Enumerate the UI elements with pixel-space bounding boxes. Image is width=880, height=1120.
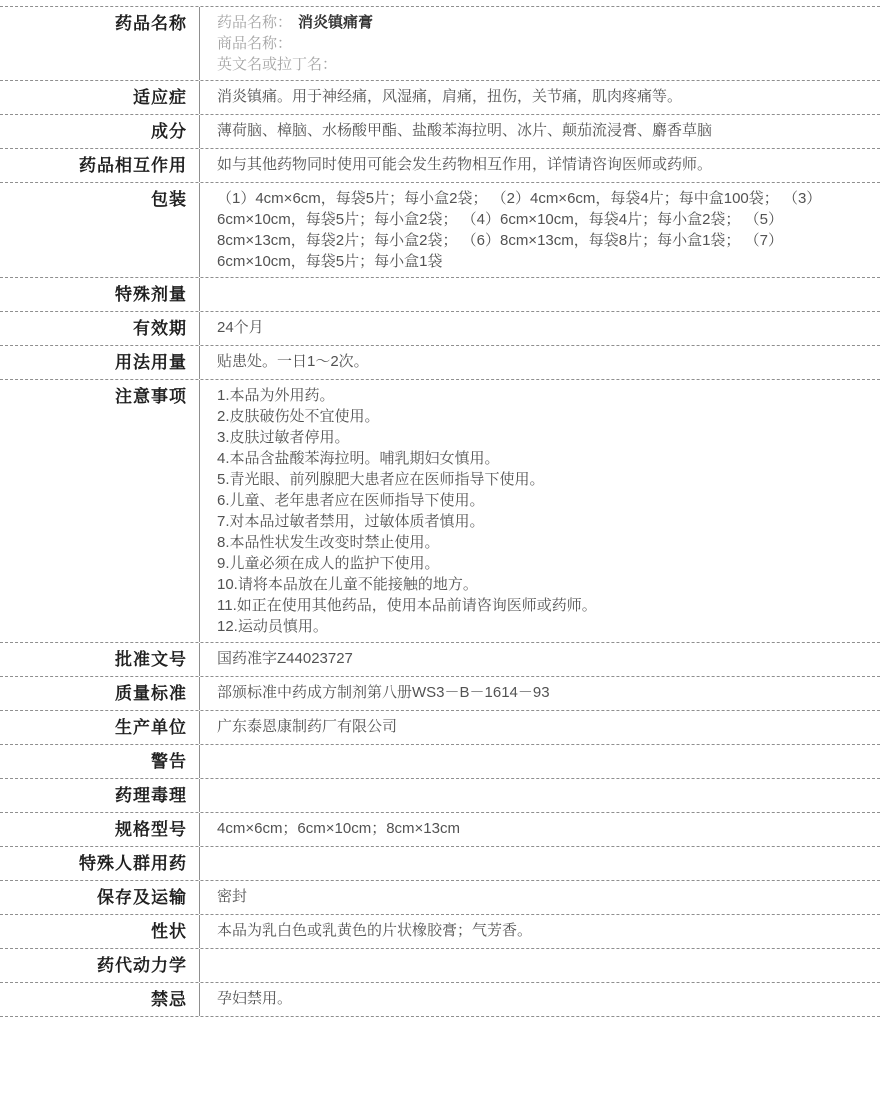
row-label-cell: 禁忌 — [0, 983, 200, 1016]
row-label-cell: 用法用量 — [0, 346, 200, 379]
field-text: 密封 — [217, 888, 247, 905]
content-line: 10.请将本品放在儿童不能接触的地方。 — [217, 574, 858, 595]
row-label-cell: 有效期 — [0, 312, 200, 345]
row-label: 规格型号 — [115, 820, 187, 839]
content-line: 9.儿童必须在成人的监护下使用。 — [217, 553, 858, 574]
row-content-cell: 国药准字Z44023727 — [200, 643, 880, 676]
content-line: 英文名或拉丁名： — [217, 54, 858, 75]
content-line: 药品名称：消炎镇痛膏 — [217, 12, 858, 33]
row-content-cell: 药品名称：消炎镇痛膏商品名称：英文名或拉丁名： — [200, 7, 880, 80]
row-content-cell — [200, 745, 880, 778]
content-line: 5.青光眼、前列腺肥大患者应在医师指导下使用。 — [217, 469, 858, 490]
row-label: 特殊人群用药 — [79, 854, 187, 873]
row-content-cell: 本品为乳白色或乳黄色的片状橡胶膏；气芳香。 — [200, 915, 880, 948]
row-content-cell: 24个月 — [200, 312, 880, 345]
field-text: （1）4cm×6cm，每袋5片；每小盒2袋； （2）4cm×6cm，每袋4片；每… — [217, 190, 821, 270]
content-line: 4cm×6cm；6cm×10cm；8cm×13cm — [217, 818, 858, 839]
table-row-special-dosage: 特殊剂量 — [0, 277, 880, 311]
row-label-cell: 药代动力学 — [0, 949, 200, 982]
row-content-cell: 部颁标准中药成方制剂第八册WS3－B－1614－93 — [200, 677, 880, 710]
content-line: 3.皮肤过敏者停用。 — [217, 427, 858, 448]
field-text: 8.本品性状发生改变时禁止使用。 — [217, 534, 440, 551]
row-label: 药代动力学 — [97, 956, 187, 975]
row-label-cell: 包装 — [0, 183, 200, 277]
content-line: 11.如正在使用其他药品，使用本品前请咨询医师或药师。 — [217, 595, 858, 616]
table-row-indications: 适应症 消炎镇痛。用于神经痛，风湿痛，肩痛，扭伤，关节痛，肌肉疼痛等。 — [0, 80, 880, 114]
table-row-quality-standard: 质量标准 部颁标准中药成方制剂第八册WS3－B－1614－93 — [0, 676, 880, 710]
field-key: 药品名称： — [217, 14, 292, 31]
table-row-contraindications: 禁忌 孕妇禁用。 — [0, 982, 880, 1017]
row-content-cell — [200, 278, 880, 311]
content-line: 1.本品为外用药。 — [217, 385, 858, 406]
row-content-cell: 孕妇禁用。 — [200, 983, 880, 1016]
row-label-cell: 规格型号 — [0, 813, 200, 846]
field-text: 薄荷脑、樟脑、水杨酸甲酯、盐酸苯海拉明、冰片、颠茄流浸膏、麝香草脑 — [217, 122, 712, 139]
row-content-cell: 1.本品为外用药。2.皮肤破伤处不宜使用。3.皮肤过敏者停用。4.本品含盐酸苯海… — [200, 380, 880, 642]
row-content-cell: 消炎镇痛。用于神经痛，风湿痛，肩痛，扭伤，关节痛，肌肉疼痛等。 — [200, 81, 880, 114]
content-line: 密封 — [217, 886, 858, 907]
table-row-drug-interactions: 药品相互作用 如与其他药物同时使用可能会发生药物相互作用，详情请咨询医师或药师。 — [0, 148, 880, 182]
table-row-ingredients: 成分 薄荷脑、樟脑、水杨酸甲酯、盐酸苯海拉明、冰片、颠茄流浸膏、麝香草脑 — [0, 114, 880, 148]
table-row-drug-name: 药品名称 药品名称：消炎镇痛膏商品名称：英文名或拉丁名： — [0, 6, 880, 80]
row-content-cell: 贴患处。一日1～2次。 — [200, 346, 880, 379]
row-label-cell: 注意事项 — [0, 380, 200, 642]
field-text: 1.本品为外用药。 — [217, 387, 335, 404]
table-row-specification: 规格型号 4cm×6cm；6cm×10cm；8cm×13cm — [0, 812, 880, 846]
field-text: 2.皮肤破伤处不宜使用。 — [217, 408, 380, 425]
content-line: 24个月 — [217, 317, 858, 338]
row-label-cell: 保存及运输 — [0, 881, 200, 914]
drug-info-table: 药品名称 药品名称：消炎镇痛膏商品名称：英文名或拉丁名： 适应症 消炎镇痛。用于… — [0, 6, 880, 1017]
field-text: 消炎镇痛。用于神经痛，风湿痛，肩痛，扭伤，关节痛，肌肉疼痛等。 — [217, 88, 682, 105]
row-label-cell: 药理毒理 — [0, 779, 200, 812]
content-line: 如与其他药物同时使用可能会发生药物相互作用，详情请咨询医师或药师。 — [217, 154, 858, 175]
content-line: 12.运动员慎用。 — [217, 616, 858, 637]
table-row-pharmacokinetics: 药代动力学 — [0, 948, 880, 982]
content-line: 2.皮肤破伤处不宜使用。 — [217, 406, 858, 427]
table-row-storage-transport: 保存及运输 密封 — [0, 880, 880, 914]
field-text: 部颁标准中药成方制剂第八册WS3－B－1614－93 — [217, 684, 550, 701]
row-content-cell: 广东泰恩康制药厂有限公司 — [200, 711, 880, 744]
row-label: 禁忌 — [151, 990, 187, 1009]
row-label-cell: 药品相互作用 — [0, 149, 200, 182]
field-value: 消炎镇痛膏 — [298, 14, 373, 31]
row-content-cell — [200, 847, 880, 880]
content-line: 广东泰恩康制药厂有限公司 — [217, 716, 858, 737]
row-label: 注意事项 — [115, 387, 187, 406]
row-label-cell: 成分 — [0, 115, 200, 148]
table-row-warning: 警告 — [0, 744, 880, 778]
content-line: 本品为乳白色或乳黄色的片状橡胶膏；气芳香。 — [217, 920, 858, 941]
row-label-cell: 特殊剂量 — [0, 278, 200, 311]
field-key: 英文名或拉丁名： — [217, 56, 337, 73]
field-text: 24个月 — [217, 319, 264, 336]
content-line: 8.本品性状发生改变时禁止使用。 — [217, 532, 858, 553]
field-text: 10.请将本品放在儿童不能接触的地方。 — [217, 576, 478, 593]
field-text: 9.儿童必须在成人的监护下使用。 — [217, 555, 440, 572]
table-row-shelf-life: 有效期 24个月 — [0, 311, 880, 345]
row-label: 成分 — [151, 122, 187, 141]
row-content-cell: 密封 — [200, 881, 880, 914]
table-row-special-populations: 特殊人群用药 — [0, 846, 880, 880]
table-row-packaging: 包装 （1）4cm×6cm，每袋5片；每小盒2袋； （2）4cm×6cm，每袋4… — [0, 182, 880, 277]
row-content-cell — [200, 779, 880, 812]
row-label-cell: 适应症 — [0, 81, 200, 114]
row-label: 性状 — [151, 922, 187, 941]
table-row-manufacturer: 生产单位 广东泰恩康制药厂有限公司 — [0, 710, 880, 744]
table-row-dosage-usage: 用法用量 贴患处。一日1～2次。 — [0, 345, 880, 379]
row-label: 质量标准 — [115, 684, 187, 703]
field-text: 6.儿童、老年患者应在医师指导下使用。 — [217, 492, 485, 509]
row-content-cell: 如与其他药物同时使用可能会发生药物相互作用，详情请咨询医师或药师。 — [200, 149, 880, 182]
table-row-description: 性状 本品为乳白色或乳黄色的片状橡胶膏；气芳香。 — [0, 914, 880, 948]
row-label: 适应症 — [133, 88, 187, 107]
row-label: 生产单位 — [115, 718, 187, 737]
content-line: 7.对本品过敏者禁用，过敏体质者慎用。 — [217, 511, 858, 532]
row-label: 药品名称 — [115, 14, 187, 33]
content-line: 部颁标准中药成方制剂第八册WS3－B－1614－93 — [217, 682, 858, 703]
content-line: 消炎镇痛。用于神经痛，风湿痛，肩痛，扭伤，关节痛，肌肉疼痛等。 — [217, 86, 858, 107]
field-text: 12.运动员慎用。 — [217, 618, 328, 635]
row-label-cell: 批准文号 — [0, 643, 200, 676]
field-text: 7.对本品过敏者禁用，过敏体质者慎用。 — [217, 513, 485, 530]
content-line: （1）4cm×6cm，每袋5片；每小盒2袋； （2）4cm×6cm，每袋4片；每… — [217, 188, 858, 272]
field-text: 4cm×6cm；6cm×10cm；8cm×13cm — [217, 820, 460, 837]
row-label-cell: 警告 — [0, 745, 200, 778]
row-label-cell: 性状 — [0, 915, 200, 948]
field-text: 孕妇禁用。 — [217, 990, 292, 1007]
row-label: 药品相互作用 — [79, 156, 187, 175]
row-label: 包装 — [151, 190, 187, 209]
content-line: 4.本品含盐酸苯海拉明。哺乳期妇女慎用。 — [217, 448, 858, 469]
row-label: 特殊剂量 — [115, 285, 187, 304]
row-label-cell: 生产单位 — [0, 711, 200, 744]
row-label: 批准文号 — [115, 650, 187, 669]
content-line: 贴患处。一日1～2次。 — [217, 351, 858, 372]
row-label: 保存及运输 — [97, 888, 187, 907]
table-row-approval-number: 批准文号 国药准字Z44023727 — [0, 642, 880, 676]
table-row-precautions: 注意事项 1.本品为外用药。2.皮肤破伤处不宜使用。3.皮肤过敏者停用。4.本品… — [0, 379, 880, 642]
row-content-cell: （1）4cm×6cm，每袋5片；每小盒2袋； （2）4cm×6cm，每袋4片；每… — [200, 183, 880, 277]
row-content-cell: 薄荷脑、樟脑、水杨酸甲酯、盐酸苯海拉明、冰片、颠茄流浸膏、麝香草脑 — [200, 115, 880, 148]
content-line: 6.儿童、老年患者应在医师指导下使用。 — [217, 490, 858, 511]
row-label-cell: 质量标准 — [0, 677, 200, 710]
field-text: 本品为乳白色或乳黄色的片状橡胶膏；气芳香。 — [217, 922, 532, 939]
table-row-pharmacology-toxicology: 药理毒理 — [0, 778, 880, 812]
row-label: 用法用量 — [115, 353, 187, 372]
field-text: 4.本品含盐酸苯海拉明。哺乳期妇女慎用。 — [217, 450, 500, 467]
field-text: 广东泰恩康制药厂有限公司 — [217, 718, 397, 735]
content-line: 薄荷脑、樟脑、水杨酸甲酯、盐酸苯海拉明、冰片、颠茄流浸膏、麝香草脑 — [217, 120, 858, 141]
field-text: 11.如正在使用其他药品，使用本品前请咨询医师或药师。 — [217, 597, 597, 614]
row-label-cell: 特殊人群用药 — [0, 847, 200, 880]
content-line: 商品名称： — [217, 33, 858, 54]
row-content-cell: 4cm×6cm；6cm×10cm；8cm×13cm — [200, 813, 880, 846]
field-text: 5.青光眼、前列腺肥大患者应在医师指导下使用。 — [217, 471, 545, 488]
field-text: 3.皮肤过敏者停用。 — [217, 429, 350, 446]
row-label: 药理毒理 — [115, 786, 187, 805]
row-label: 有效期 — [133, 319, 187, 338]
row-label-cell: 药品名称 — [0, 7, 200, 80]
content-line: 孕妇禁用。 — [217, 988, 858, 1009]
row-content-cell — [200, 949, 880, 982]
row-label: 警告 — [151, 752, 187, 771]
field-text: 如与其他药物同时使用可能会发生药物相互作用，详情请咨询医师或药师。 — [217, 156, 712, 173]
field-key: 商品名称： — [217, 35, 292, 52]
content-line: 国药准字Z44023727 — [217, 648, 858, 669]
field-text: 贴患处。一日1～2次。 — [217, 353, 369, 370]
field-text: 国药准字Z44023727 — [217, 650, 353, 667]
